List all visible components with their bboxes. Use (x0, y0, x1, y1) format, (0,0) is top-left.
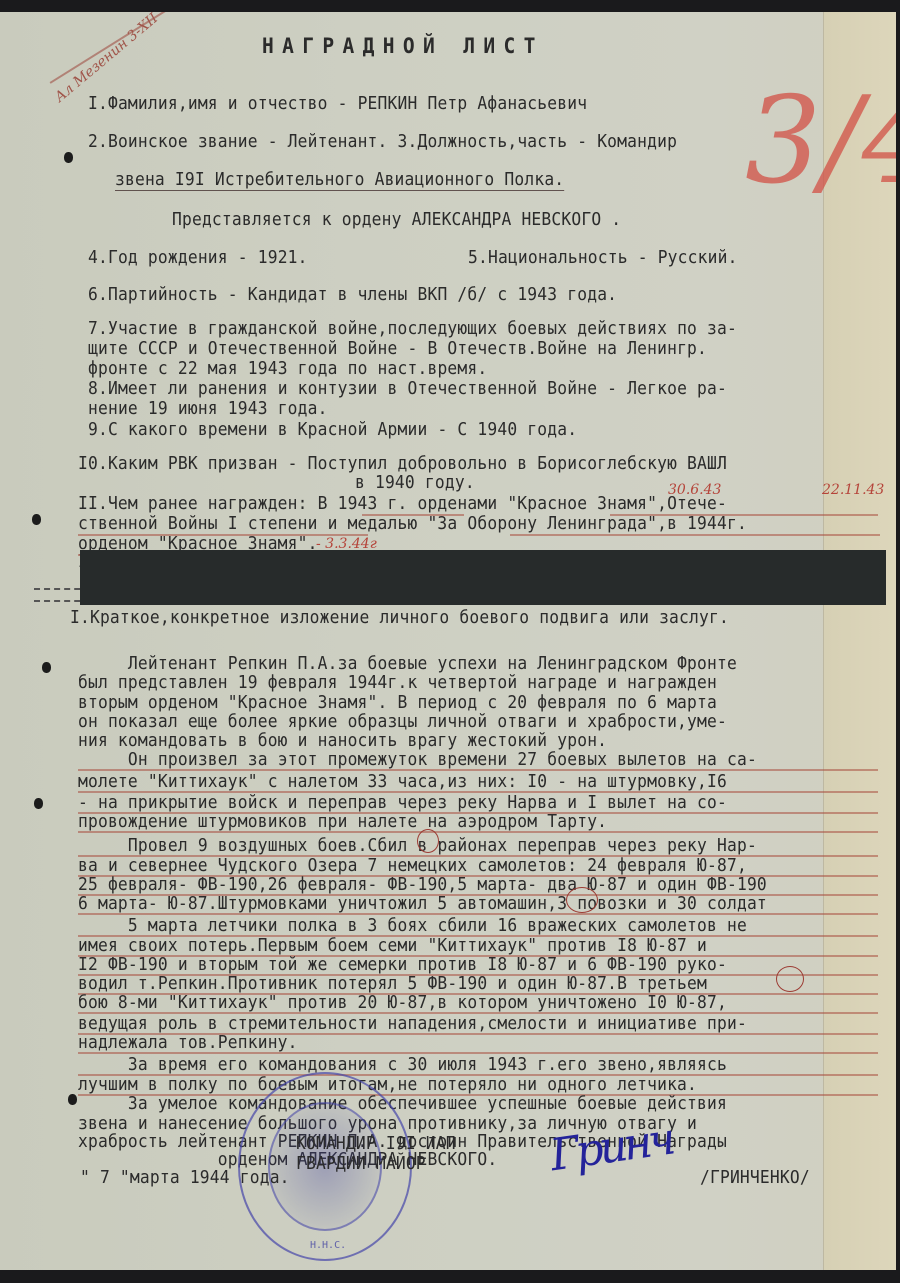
citation-line: молете "Киттихаук" с налетом 33 часа,из … (78, 772, 727, 792)
field-party: 6.Партийность - Кандидат в члены ВКП /б/… (88, 285, 617, 305)
margin-note: Ал Мезенин 3-ХII (52, 12, 161, 106)
punch-hole (34, 798, 43, 809)
field-prior-awards: II.Чем ранее награжден: В 1943 г. ордена… (78, 494, 727, 514)
field-rank-position: 2.Воинское звание - Лейтенант. 3.Должнос… (88, 132, 677, 152)
signatory-position: КОМАНДИР I9I ИАП (296, 1134, 456, 1154)
field-name: I.Фамилия,имя и отчество - РЕПКИН Петр А… (88, 94, 587, 114)
citation-line: надлежала тов.Репкину. (78, 1033, 298, 1053)
pencil-underline (78, 831, 878, 833)
citation-line: бою 8-ми "Киттихаук" против 20 Ю-87,в ко… (78, 993, 727, 1013)
pencil-underline (610, 514, 878, 516)
pencil-circle (566, 887, 598, 913)
pencil-underline (362, 514, 464, 516)
pencil-underline (78, 769, 878, 771)
field-prior-awards-cont: ственной Войны I степени и медалью "За О… (78, 514, 747, 534)
punch-hole (32, 514, 41, 525)
citation-line: вторым орденом "Красное Знамя". В период… (78, 693, 717, 713)
signatory-rank: ГВАРДИИ МАЙОР (296, 1154, 426, 1174)
page-title: НАГРАДНОЙ ЛИСТ (262, 36, 544, 56)
field-war-participation: 7.Участие в гражданской войне,последующи… (88, 319, 737, 339)
citation-line: имея своих потерь.Первым боем семи "Китт… (78, 936, 707, 956)
field-unit: звена I9I Истребительного Авиационного П… (115, 170, 564, 191)
pencil-underline (78, 913, 878, 915)
stamp-text: Н.Н.С. (310, 1240, 346, 1251)
citation-line: ния командовать в бою и наносить врагу ж… (78, 731, 607, 751)
field-enlistment-cont: в 1940 году. (355, 473, 475, 493)
citation-line: провождение штурмовиков при налете на аэ… (78, 812, 607, 832)
field-wounds-cont: нение 19 июня 1943 года. (88, 399, 328, 419)
pencil-underline (510, 534, 880, 536)
citation-line: был представлен 19 февраля 1944г.к четве… (78, 673, 717, 693)
field-army-since: 9.С какого времени в Красной Армии - С 1… (88, 420, 577, 440)
field-wounds: 8.Имеет ли ранения и контузии в Отечеств… (88, 379, 727, 399)
pencil-underline (78, 534, 368, 536)
citation-line: Лейтенант Репкин П.А.за боевые успехи на… (88, 654, 737, 674)
punch-hole (68, 1094, 77, 1105)
citation-line: За время его командования с 30 июля 1943… (88, 1055, 727, 1075)
field-war-participation-cont: фронте с 22 мая 1943 года по наст.время. (88, 359, 487, 379)
section-heading: I.Краткое,конкретное изложение личного б… (70, 608, 729, 628)
pencil-underline (78, 1052, 878, 1054)
citation-line: 6 марта- Ю-87.Штурмовками уничтожил 5 ав… (78, 894, 767, 914)
citation-line: - на прикрытие войск и переправ через ре… (78, 793, 727, 813)
citation-line: водил т.Репкин.Противник потерял 5 ФВ-19… (78, 974, 707, 994)
pencil-circle (417, 829, 439, 853)
citation-line: За умелое командование обеспечившее успе… (88, 1094, 727, 1114)
nomination-line: Представляется к ордену АЛЕКСАНДРА НЕВСК… (172, 210, 621, 230)
field-enlistment: I0.Каким РВК призван - Поступил добровол… (78, 454, 727, 474)
pencil-circle (776, 966, 804, 992)
citation-line: ва и севернее Чудского Озера 7 немецких … (78, 856, 747, 876)
field-war-participation-cont: щите СССР и Отечественной Войне - В Отеч… (88, 339, 707, 359)
handwritten-date: 22.11.43 (822, 482, 884, 498)
margin-number-red: 3/4 (745, 82, 896, 202)
citation-line: лучшим в полку по боевым итогам,не потер… (78, 1075, 697, 1095)
citation-line: ведущая роль в стремительности нападения… (78, 1014, 747, 1034)
document-date: " 7 "марта 1944 года. (80, 1168, 290, 1188)
award-sheet: Ал Мезенин 3-ХII 3/4 НАГРАДНОЙ ЛИСТ I.Фа… (0, 12, 896, 1270)
citation-line: 25 февраля- ФВ-190,26 февраля- ФВ-190,5 … (78, 875, 767, 895)
punch-hole (64, 152, 73, 163)
citation-line: 5 марта летчики полка в 3 боях сбили 16 … (88, 916, 747, 936)
signatory-name: /ГРИНЧЕНКО/ (700, 1168, 810, 1188)
punch-hole (42, 662, 51, 673)
redaction-bar (80, 550, 886, 605)
field-nationality: 5.Национальность - Русский. (468, 248, 738, 268)
citation-line: Он произвел за этот промежуток времени 2… (88, 750, 757, 770)
citation-line: I2 ФВ-190 и вторым той же семерки против… (78, 955, 727, 975)
citation-line: он показал еще более яркие образцы лично… (78, 712, 727, 732)
field-birth-year: 4.Год рождения - 1921. (88, 248, 308, 268)
handwritten-date: 30.6.43 (668, 482, 721, 498)
